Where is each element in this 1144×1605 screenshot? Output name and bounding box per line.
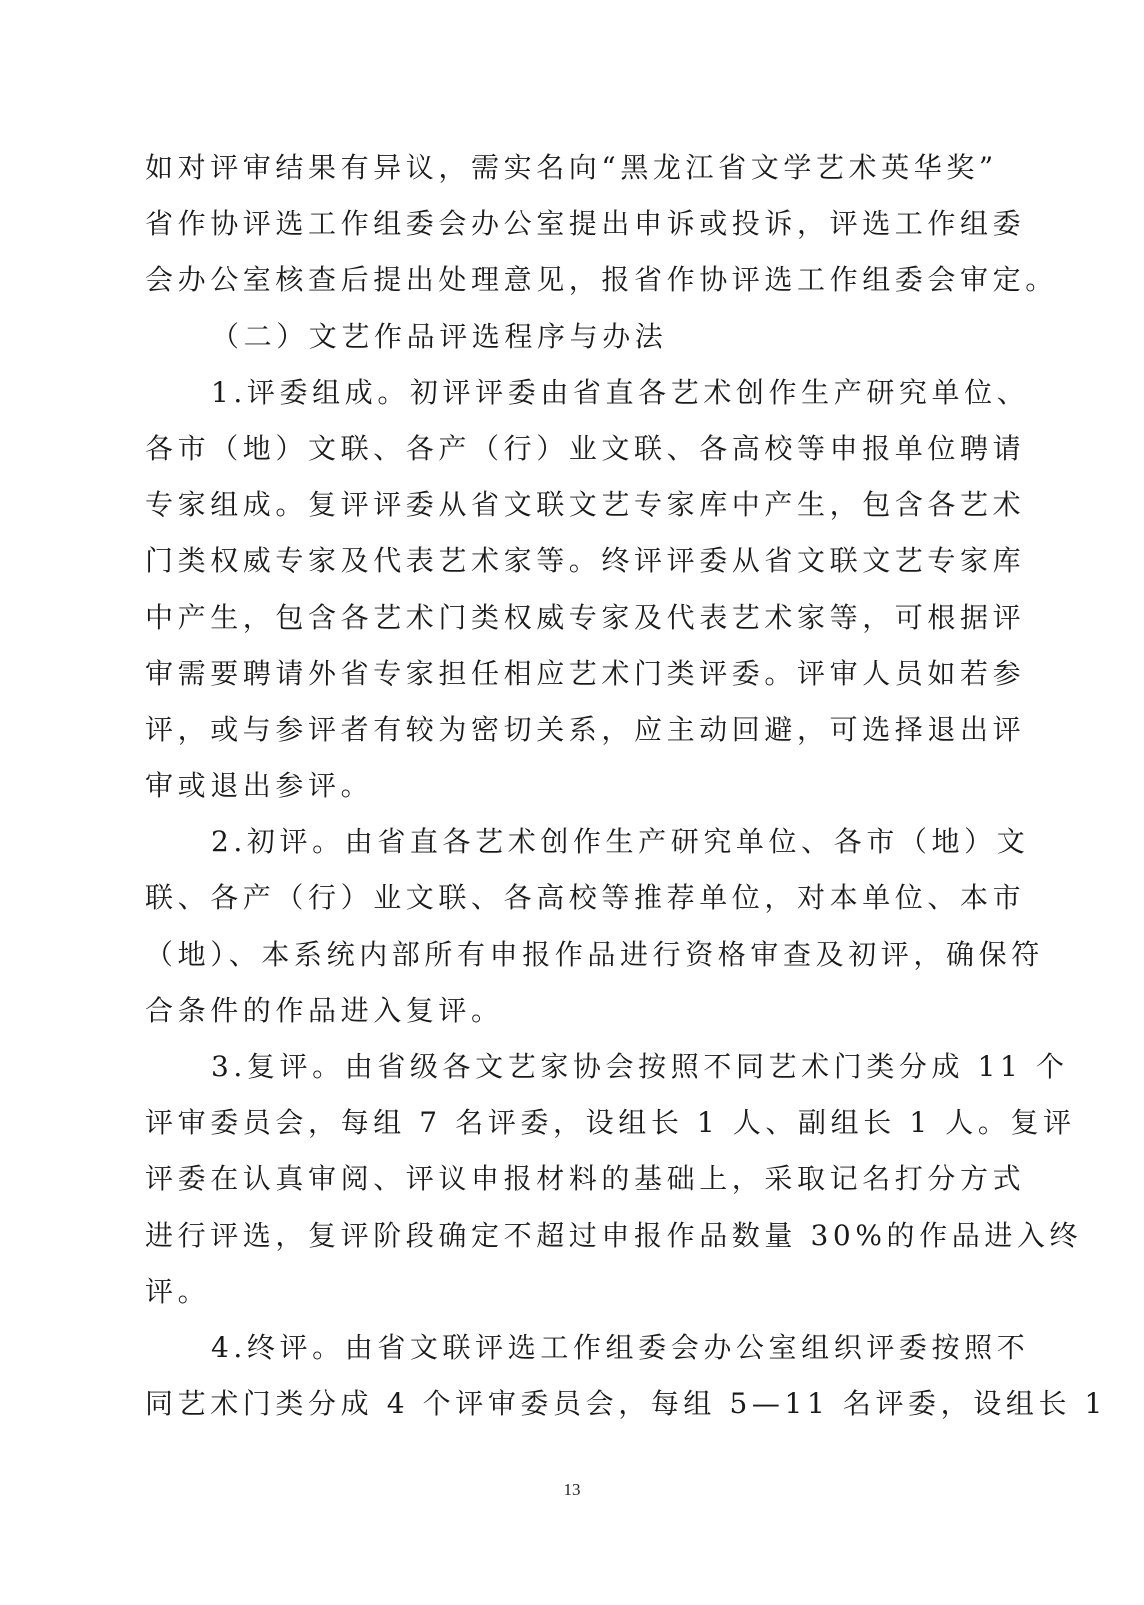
paragraph-line: 4.终评。由省文联评选工作组委会办公室组织评委按照不 xyxy=(145,1320,971,1376)
paragraph-line: （地）、本系统内部所有申报作品进行资格审查及初评，确保符 xyxy=(145,927,971,983)
paragraph-line: 同艺术门类分成 4 个评审委员会，每组 5—11 名评委，设组长 1 xyxy=(145,1376,971,1432)
page-number: 13 xyxy=(0,1480,1144,1500)
paragraph-line: 省作协评选工作组委会办公室提出申诉或投诉，评选工作组委 xyxy=(145,196,971,252)
paragraph-line: 3.复评。由省级各文艺家协会按照不同艺术门类分成 11 个 xyxy=(145,1039,971,1095)
paragraph-line: 专家组成。复评评委从省文联文艺专家库中产生，包含各艺术 xyxy=(145,477,971,533)
paragraph-line: 各市（地）文联、各产（行）业文联、各高校等申报单位聘请 xyxy=(145,421,971,477)
body-text: 如对评审结果有异议，需实名向“黑龙江省文学艺术英华奖” 省作协评选工作组委会办公… xyxy=(145,140,971,1432)
paragraph-line: 门类权威专家及代表艺术家等。终评评委从省文联文艺专家库 xyxy=(145,533,971,589)
paragraph-line: 评委在认真审阅、评议申报材料的基础上，采取记名打分方式 xyxy=(145,1151,971,1207)
paragraph-line: 会办公室核查后提出处理意见，报省作协评选工作组委会审定。 xyxy=(145,252,971,308)
paragraph-line: 评。 xyxy=(145,1264,971,1320)
paragraph-line: 评审委员会，每组 7 名评委，设组长 1 人、副组长 1 人。复评 xyxy=(145,1095,971,1151)
paragraph-line: 1.评委组成。初评评委由省直各艺术创作生产研究单位、 xyxy=(145,365,971,421)
paragraph-line: 评，或与参评者有较为密切关系，应主动回避，可选择退出评 xyxy=(145,702,971,758)
paragraph-line: 进行评选，复评阶段确定不超过申报作品数量 30%的作品进入终 xyxy=(145,1208,971,1264)
paragraph-line: 审需要聘请外省专家担任相应艺术门类评委。评审人员如若参 xyxy=(145,646,971,702)
document-page: 如对评审结果有异议，需实名向“黑龙江省文学艺术英华奖” 省作协评选工作组委会办公… xyxy=(0,0,1144,1605)
paragraph-line: 联、各产（行）业文联、各高校等推荐单位，对本单位、本市 xyxy=(145,870,971,926)
paragraph-line: 合条件的作品进入复评。 xyxy=(145,983,971,1039)
paragraph-line: 2.初评。由省直各艺术创作生产研究单位、各市（地）文 xyxy=(145,814,971,870)
section-heading: （二）文艺作品评选程序与办法 xyxy=(145,309,971,365)
paragraph-line: 中产生，包含各艺术门类权威专家及代表艺术家等，可根据评 xyxy=(145,590,971,646)
paragraph-line: 审或退出参评。 xyxy=(145,758,971,814)
paragraph-line: 如对评审结果有异议，需实名向“黑龙江省文学艺术英华奖” xyxy=(145,140,971,196)
